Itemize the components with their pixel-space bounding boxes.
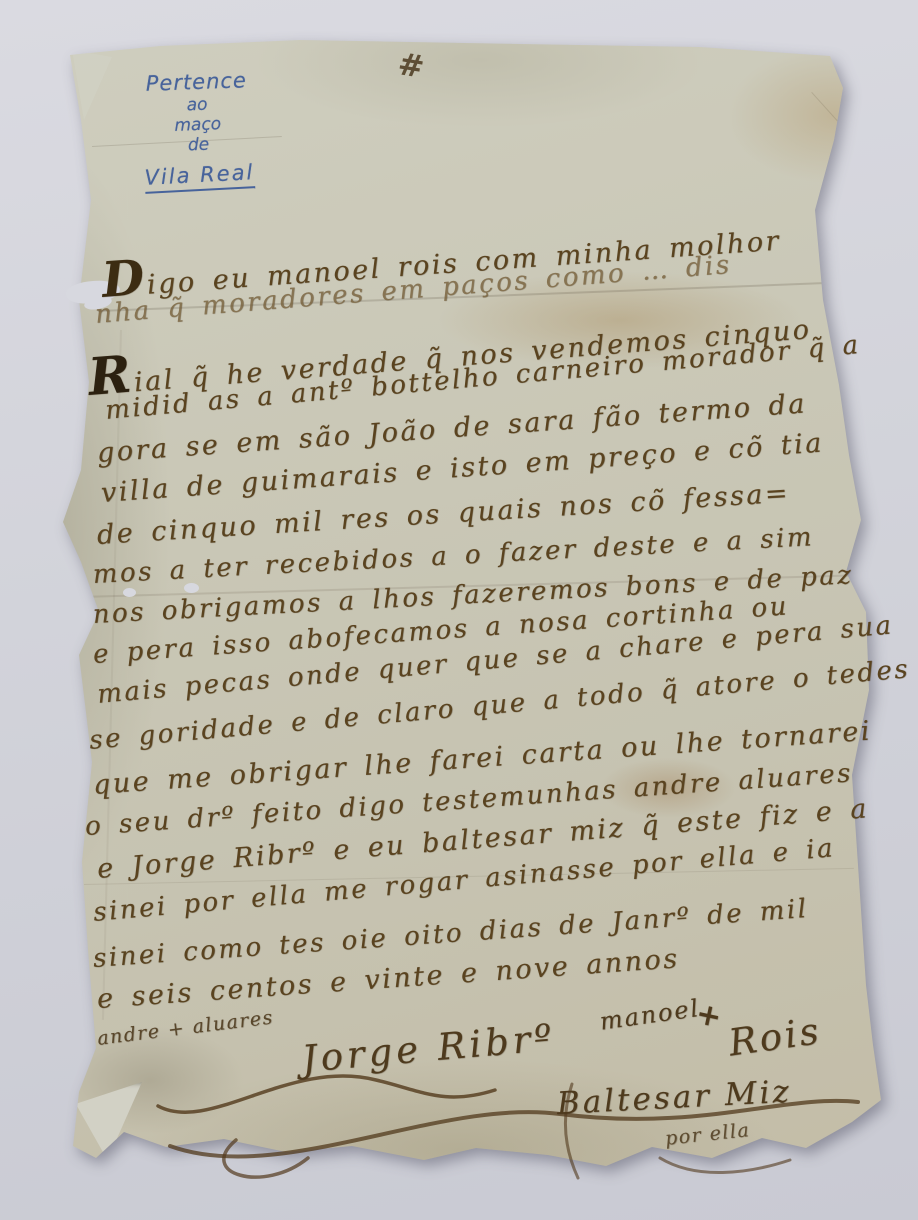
archival-note: Pertence ao maço de Vila Real	[116, 67, 280, 193]
folded-corner-top-left	[72, 50, 112, 120]
cross-mark-icon: #	[395, 46, 426, 86]
crease-line	[811, 92, 845, 130]
photo-of-manuscript: # Pertence ao maço de Vila Real Digo eu …	[0, 0, 918, 1220]
paper-hole	[123, 588, 136, 597]
archival-note-place-underlined: Vila Real	[144, 160, 255, 193]
folded-corner-bottom-left	[70, 1082, 142, 1160]
